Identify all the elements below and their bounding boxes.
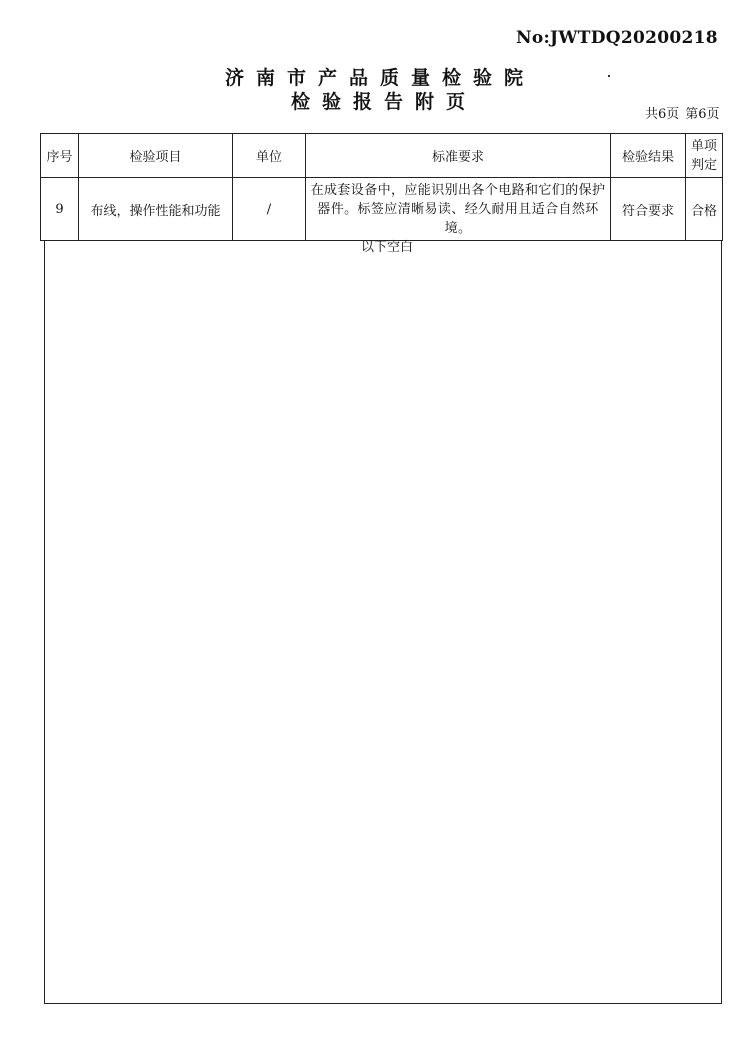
header-verdict-line2: 判定: [686, 156, 722, 175]
current-page: 第6页: [685, 107, 719, 122]
page-count: 共6页第6页: [645, 103, 720, 122]
cell-verdict: 合格: [686, 178, 723, 241]
scan-speck: [608, 75, 610, 77]
blank-area-frame: [44, 240, 722, 1004]
inspection-table: 序号 检验项目 单位 标准要求 检验结果 单项 判定 9 布线，操作性能和功能 …: [40, 133, 723, 241]
page-title: 检验报告附页: [291, 87, 477, 114]
cell-result: 符合要求: [611, 178, 686, 241]
header-verdict: 单项 判定: [686, 134, 723, 178]
table-row: 9 布线，操作性能和功能 / 在成套设备中，应能识别出各个电路和它们的保护器件。…: [41, 178, 723, 241]
header-result: 检验结果: [611, 134, 686, 178]
cell-standard: 在成套设备中，应能识别出各个电路和它们的保护器件。标签应清晰易读、经久耐用且适合…: [306, 178, 611, 241]
header-item: 检验项目: [79, 134, 233, 178]
header-standard: 标准要求: [306, 134, 611, 178]
header-verdict-line1: 单项: [686, 137, 722, 156]
table-header-row: 序号 检验项目 单位 标准要求 检验结果 单项 判定: [41, 134, 723, 178]
header-seq: 序号: [41, 134, 79, 178]
cell-item: 布线，操作性能和功能: [79, 178, 233, 241]
blank-below-note: 以下空白: [361, 236, 413, 255]
report-number: No:JWTDQ20200218: [516, 28, 718, 48]
institution-title: 济南市产品质量检验院: [225, 63, 535, 90]
header-unit: 单位: [233, 134, 306, 178]
cell-unit: /: [233, 178, 306, 241]
cell-seq: 9: [41, 178, 79, 241]
total-pages: 共6页: [645, 107, 679, 122]
